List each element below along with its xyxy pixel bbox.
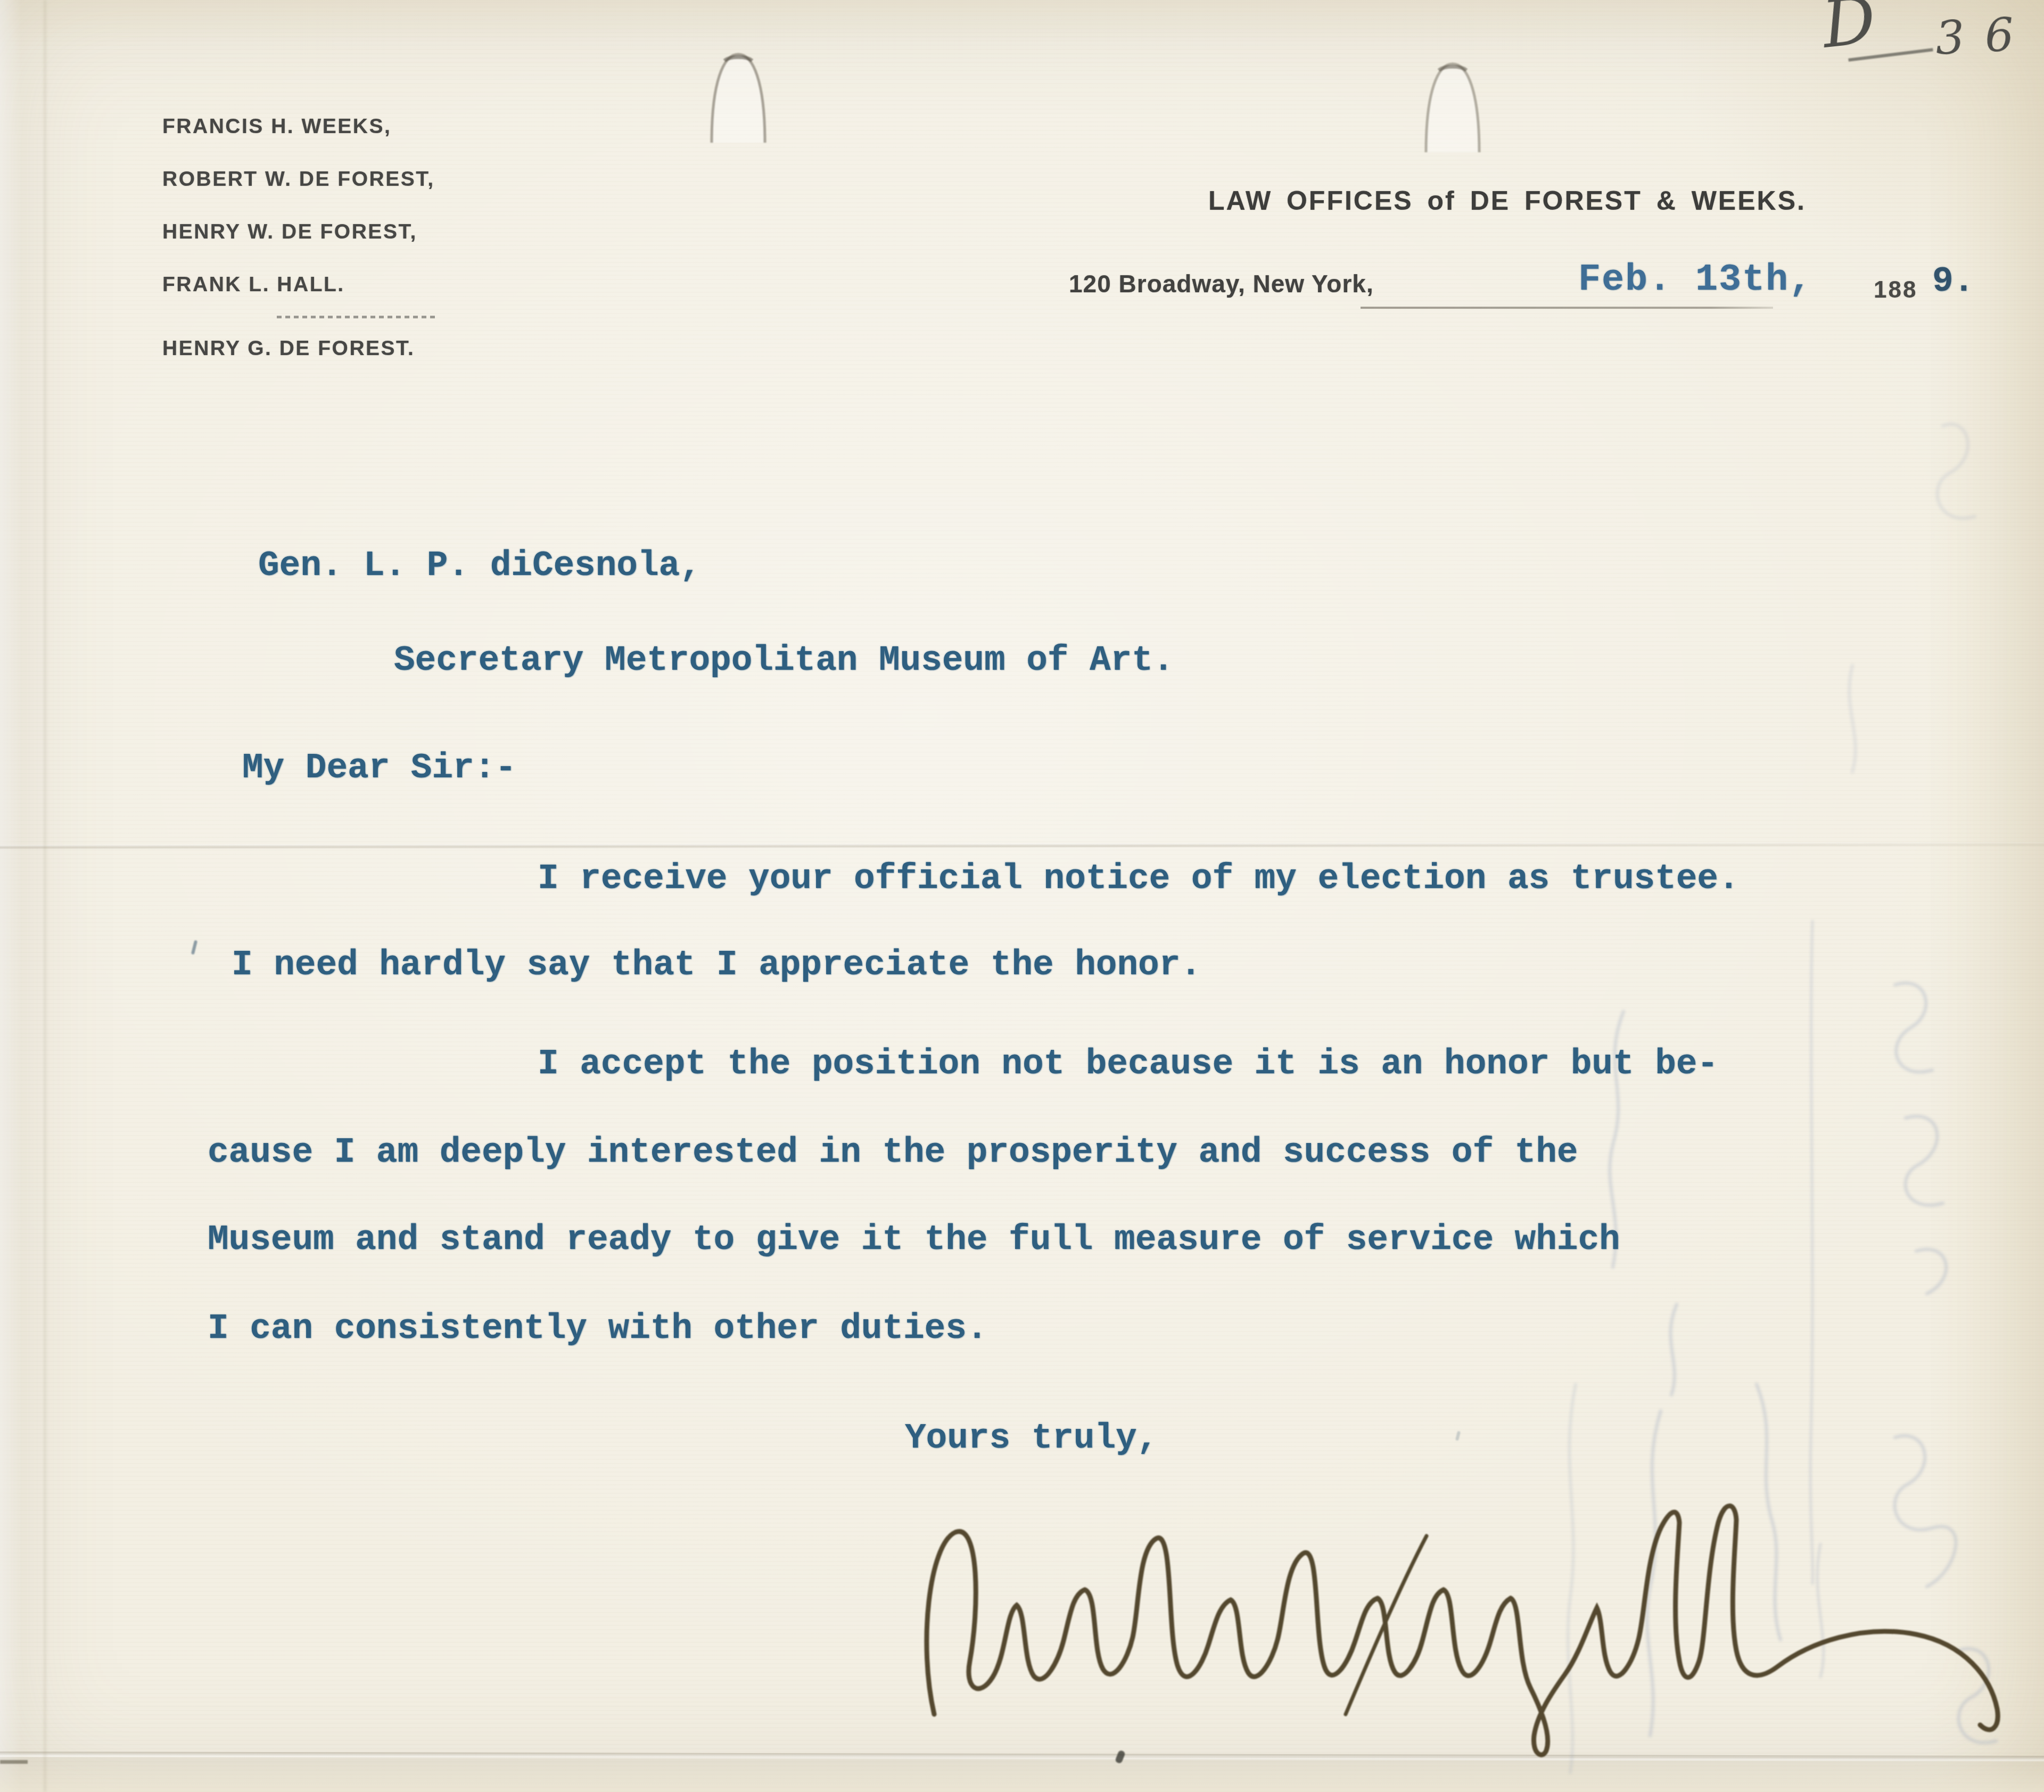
body-line: I can consistently with other duties. <box>208 1311 987 1346</box>
closing-line: Yours truly, <box>905 1421 1158 1456</box>
body-line: I accept the position not because it is … <box>538 1047 1718 1082</box>
recipient-line-1: Gen. L. P. diCesnola, <box>258 548 701 583</box>
handwritten-d-mark: D <box>1819 0 1880 63</box>
body-line: cause I am deeply interested in the pros… <box>208 1135 1578 1170</box>
salutation: My Dear Sir:- <box>242 751 516 786</box>
body-line: I need hardly say that I appreciate the … <box>232 948 1201 983</box>
crease-dark-tick <box>0 1760 28 1764</box>
body-line: I receive your official notice of my ele… <box>538 861 1740 897</box>
letter-scan-page: D 36 FRANCIS H. WEEKS, ROBERT W. DE FORE… <box>0 0 2044 1792</box>
handwritten-number-mark: 36 <box>1934 7 2035 65</box>
signature-scrawl <box>905 1485 2044 1762</box>
typed-year-digit: 9. <box>1932 264 1974 299</box>
recipient-line-2: Secretary Metropolitan Museum of Art. <box>394 643 1174 678</box>
body-line: Museum and stand ready to give it the fu… <box>208 1222 1620 1257</box>
typed-date: Feb. 13th, <box>1578 262 1812 299</box>
